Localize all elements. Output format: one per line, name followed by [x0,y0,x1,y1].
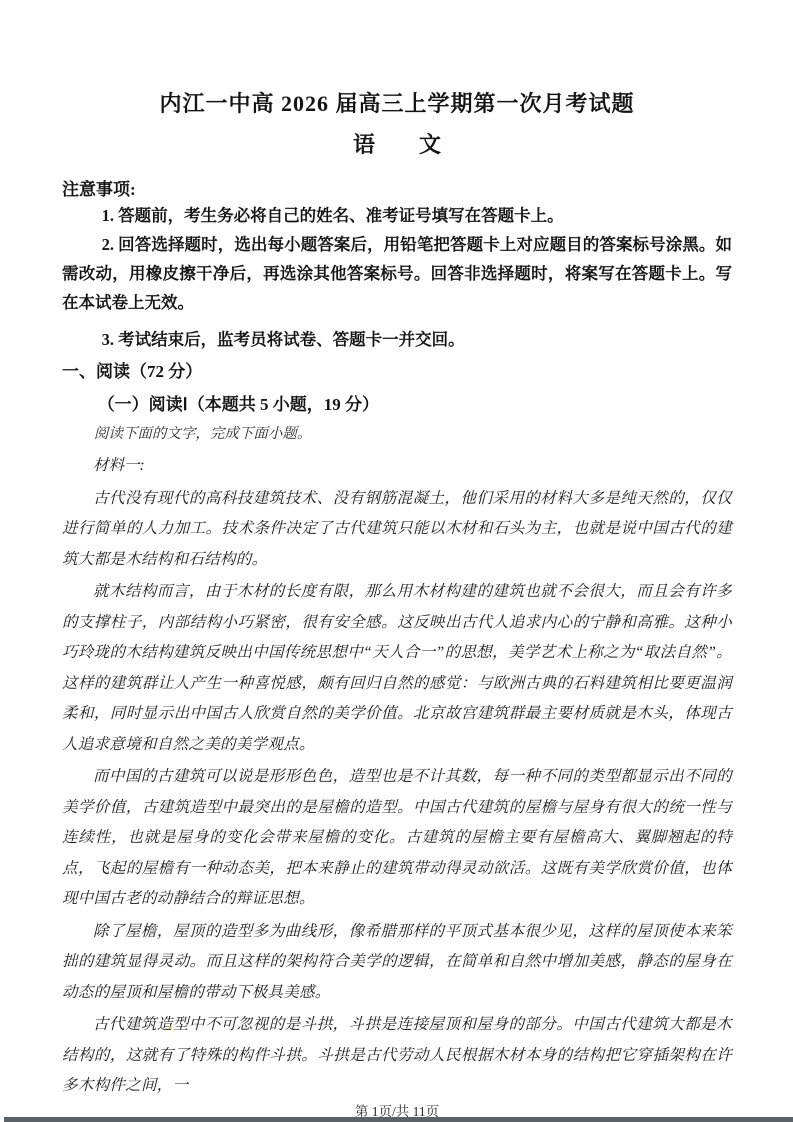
material-one-label: 材料一: [62,451,732,482]
exam-title: 内江一中高 2026 届高三上学期第一次月考试题 [62,91,732,117]
material-paragraph-4: 除了屋檐，屋顶的造型多为曲线形，像希腊那样的平顶式基本很少见，这样的屋顶使本来笨… [62,917,732,1009]
material-paragraph-2: 就木结构而言，由于木材的长度有限，那么用木材构建的建筑也就不会很大，而且会有许多… [62,577,732,760]
material-paragraph-3: 而中国的古建筑可以说是形形色色，造型也是不计其数，每一种不同的类型都显示出不同的… [62,762,732,915]
notice-item-2: 2. 回答选择题时，选出每小题答案后，用铅笔把答题卡上对应题目的答案标号涂黑。如… [62,230,732,317]
page-content: 内江一中高 2026 届高三上学期第一次月考试题 语 文 注意事项: 1. 答题… [62,0,732,1122]
notice-item-3: 3. 考试结束后，监考员将试卷、答题卡一并交回。 [62,325,732,354]
subject-title: 语 文 [62,132,732,158]
material-paragraph-5: 古代建筑造型中不可忽视的是斗拱，斗拱是连接屋顶和屋身的部分。中国古代建筑大都是木… [62,1010,732,1102]
scan-artifact-dot [169,1026,172,1029]
material-paragraph-1: 古代没有现代的高科技建筑技术、没有钢筋混凝土，他们采用的材料大多是纯天然的，仅仅… [62,484,732,576]
reading-instruction: 阅读下面的文字，完成下面小题。 [62,423,732,445]
page-bottom-scan-edge [4,1117,793,1122]
notice-item-1: 1. 答题前，考生务必将自己的姓名、准考证号填写在答题卡上。 [62,201,732,230]
subsection-heading-reading-1: （一）阅读Ⅰ（本题共 5 小题，19 分） [62,393,732,417]
section-heading-reading: 一、阅读（72 分） [62,360,732,384]
exam-page: 内江一中高 2026 届高三上学期第一次月考试题 语 文 注意事项: 1. 答题… [0,0,793,1122]
notice-heading: 注意事项: [62,179,732,201]
